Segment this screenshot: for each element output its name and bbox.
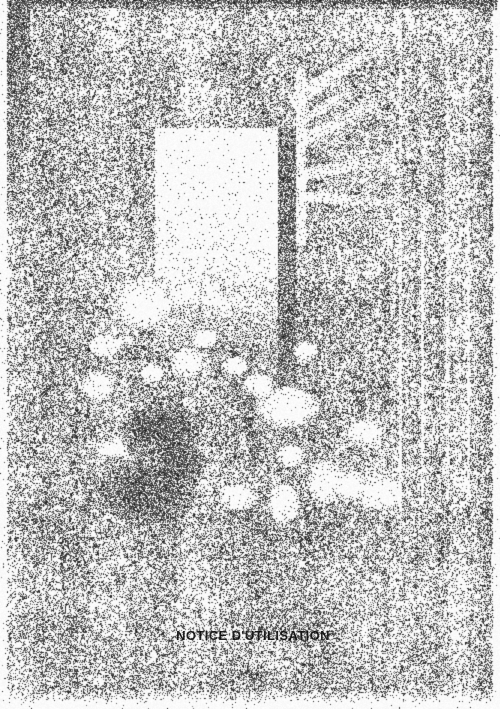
cover-photograph-halftone: [0, 0, 500, 709]
scanned-manual-cover: NOTICE D'UTILISATION: [0, 0, 500, 709]
cover-title: NOTICE D'UTILISATION: [0, 628, 500, 644]
